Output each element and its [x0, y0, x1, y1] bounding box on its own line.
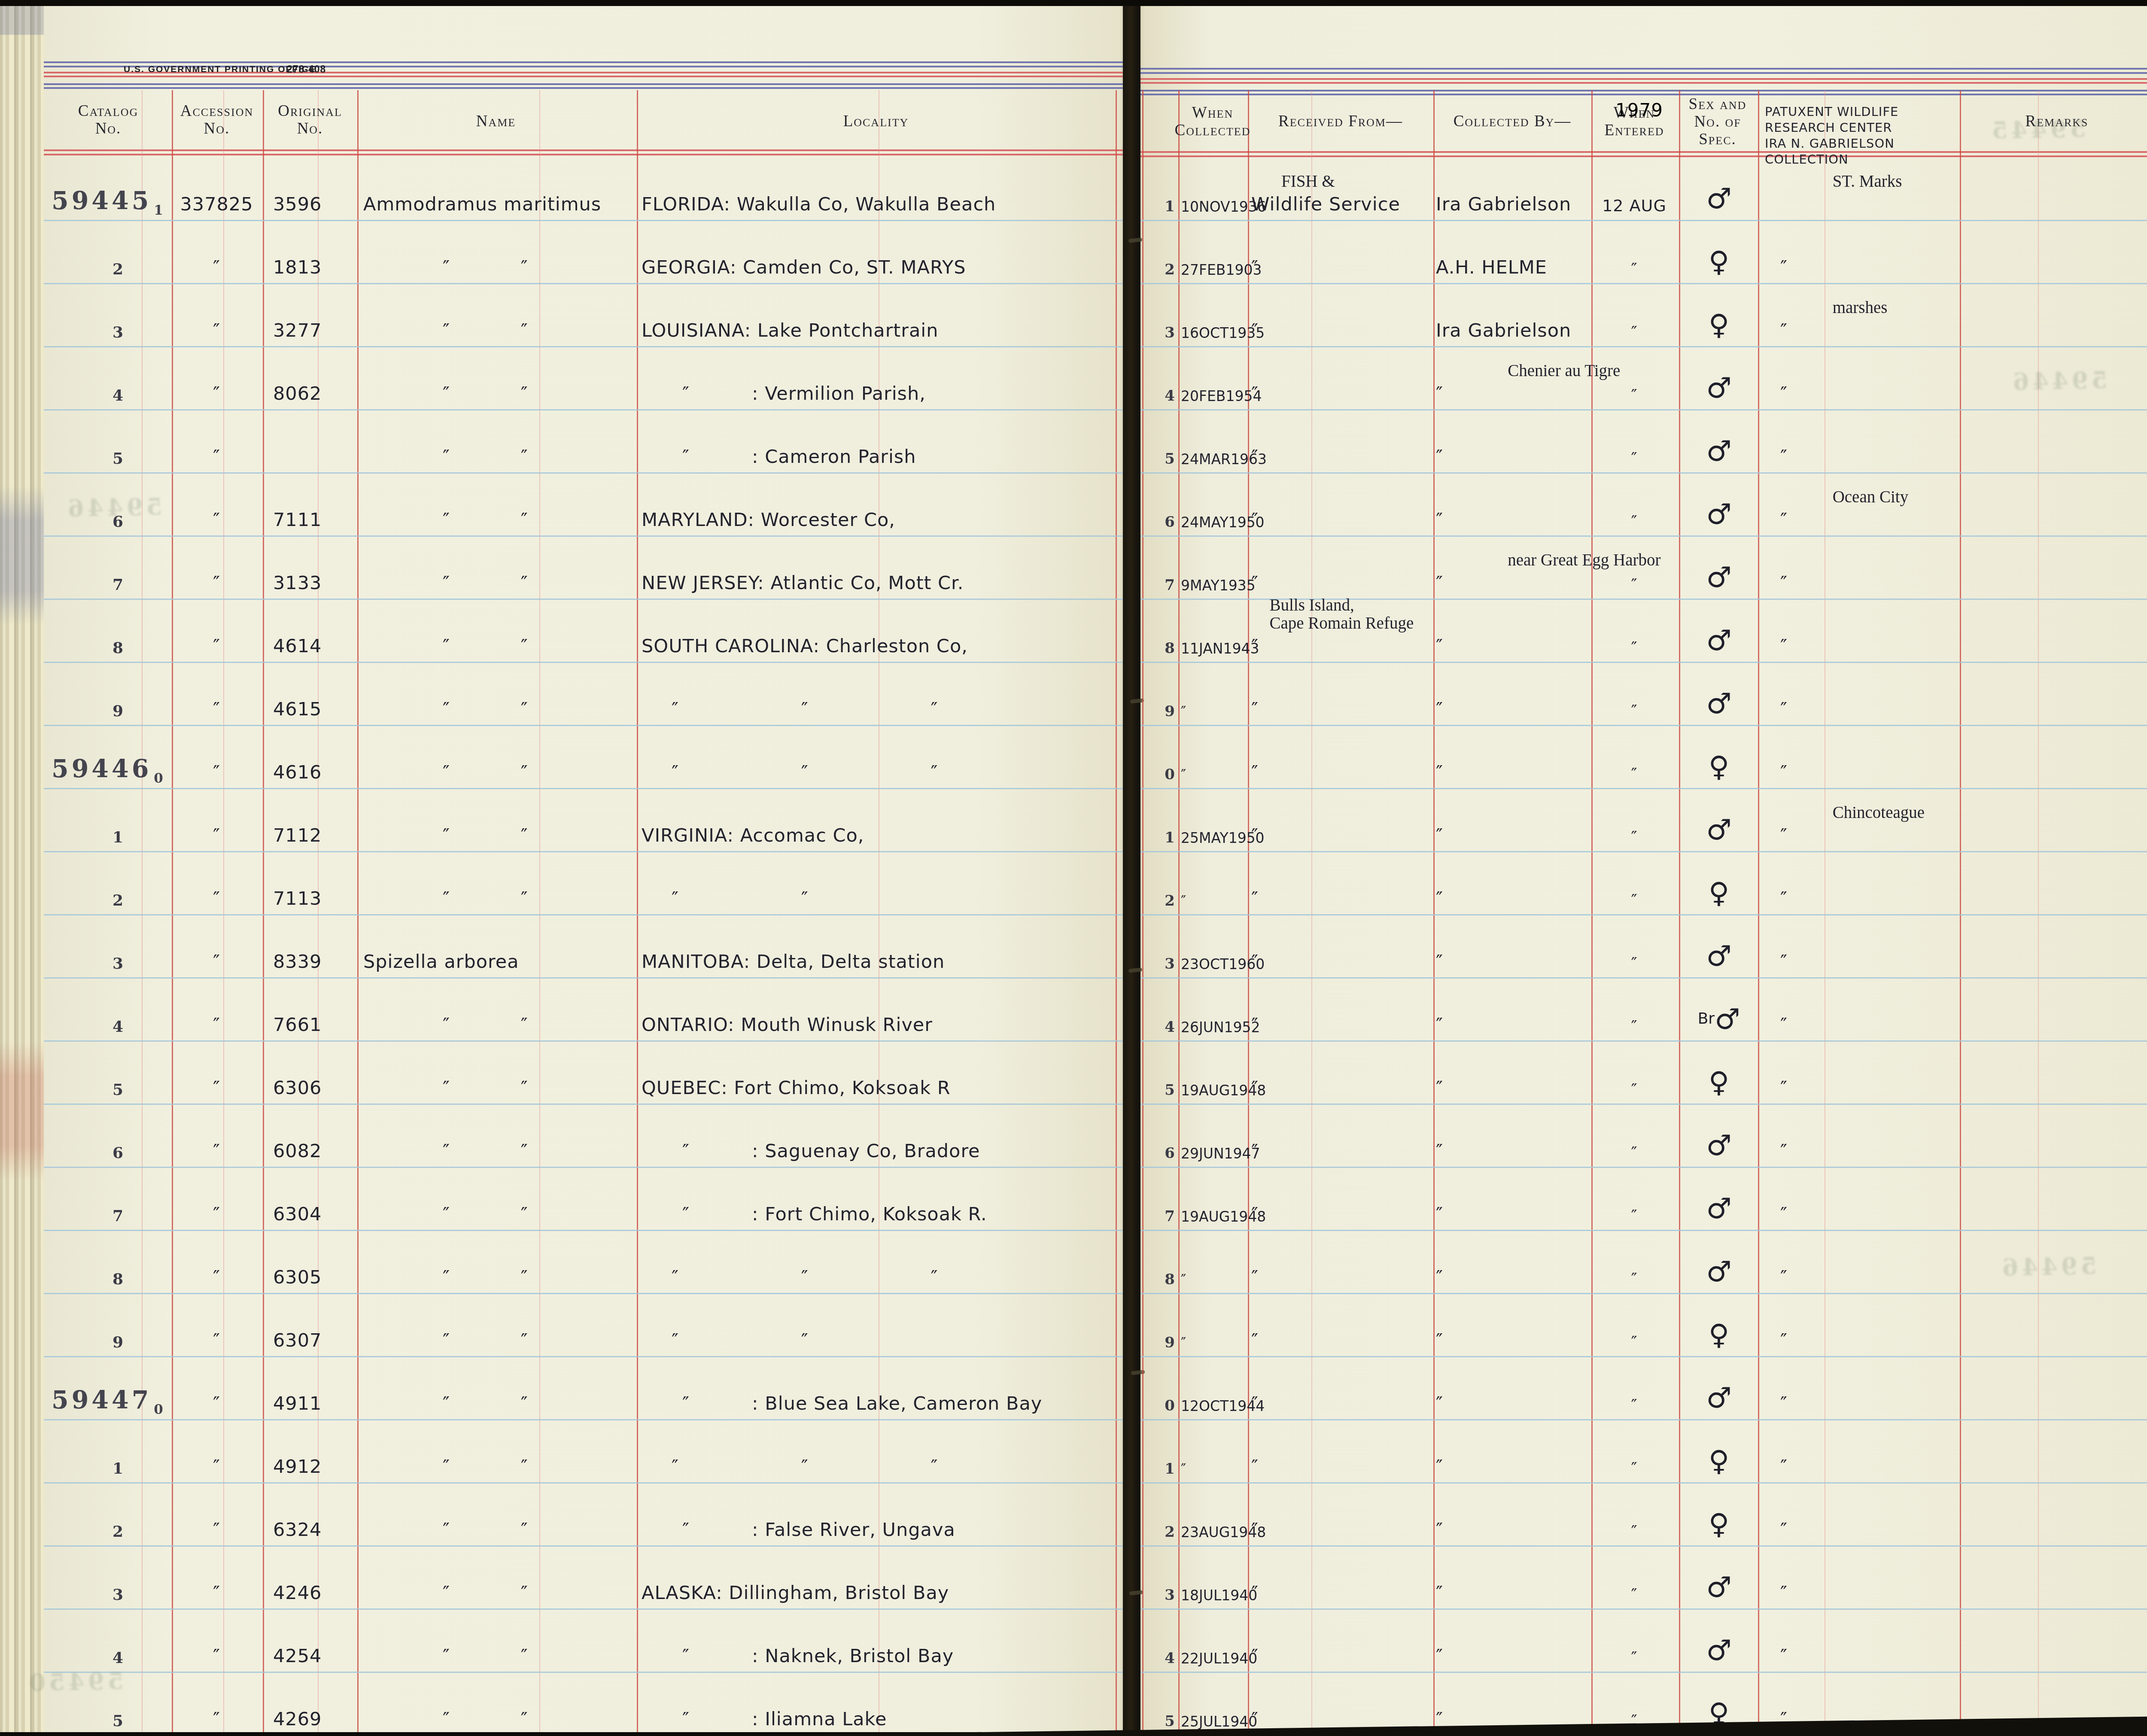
- cell-when-entered: ″: [1592, 1080, 1676, 1099]
- cell-locality-super: Chenier au Tigre: [642, 361, 2147, 380]
- cell-original: 3133: [273, 572, 357, 594]
- cell-when-entered: ″: [1592, 322, 1676, 341]
- record-rows: 5944513378253596Ammodramus maritimusST. …: [0, 158, 2147, 1736]
- cell-when-entered: ″: [1592, 1269, 1676, 1288]
- cell-when-collected: ″: [1181, 893, 1249, 909]
- top-band: [44, 76, 1123, 77]
- cell-collected-by: ″: [1436, 1456, 1590, 1478]
- cell-name: ″ ″: [363, 572, 636, 594]
- cell-collection-note-ditto: ″: [1763, 1140, 1957, 1162]
- cell-received-from: ″: [1251, 762, 1428, 783]
- cell-when-entered: ″: [1592, 954, 1676, 973]
- cell-locality: LOUISIANA: Lake Pontchartrain: [642, 320, 1119, 341]
- cell-sex-symbol: ♀: [1681, 1444, 1757, 1478]
- cell-name: ″ ″: [363, 888, 636, 909]
- cell-name: ″ ″: [363, 446, 636, 468]
- cell-when-collected: ″: [1181, 1271, 1249, 1288]
- cell-sex-symbol: ♀: [1681, 1318, 1757, 1351]
- cell-collection-note-ditto: ″: [1763, 1014, 1957, 1036]
- cell-name: ″ ″: [363, 1519, 636, 1541]
- cell-locality: ″: Blue Sea Lake, Cameron Bay: [642, 1393, 1119, 1414]
- ledger-row: 3″3277″ ″marshesLOUISIANA: Lake Pontchar…: [0, 284, 2147, 347]
- cell-catalog-digit: 2: [113, 891, 138, 909]
- cell-original: 7113: [273, 888, 357, 909]
- cell-collection-note-ditto: ″: [1763, 320, 1957, 341]
- cell-row-digit: 1: [1153, 829, 1175, 846]
- top-band: [1140, 94, 2147, 95]
- cell-sex-symbol: ♂: [1681, 1192, 1757, 1225]
- cell-received-from: ″: [1251, 1140, 1428, 1162]
- catalog-number-stamp: 59445: [52, 186, 152, 215]
- cell-collected-by: Ira Gabrielson: [1436, 320, 1590, 341]
- cell-name: ″ ″: [363, 320, 636, 341]
- cell-row-digit: 8: [1153, 1271, 1175, 1288]
- cell-row-digit: 4: [1153, 387, 1175, 404]
- cell-original: 6306: [273, 1077, 357, 1099]
- cell-catalog-digit: 7: [113, 576, 138, 594]
- cell-original: 8062: [273, 383, 357, 404]
- cell-when-collected: ″: [1181, 766, 1249, 783]
- cell-collected-by: ″: [1436, 572, 1590, 594]
- cell-row-digit: 5: [1153, 450, 1175, 468]
- column-header-collected-by: Collected By—: [1454, 112, 1572, 130]
- cell-when-collected: 9MAY1935: [1181, 577, 1249, 594]
- cell-locality: ″: Saguenay Co, Bradore: [642, 1140, 1119, 1162]
- cell-received-from: ″: [1251, 1267, 1428, 1288]
- cell-received-from: ″: [1251, 635, 1428, 657]
- top-band: [1140, 72, 2147, 74]
- cell-sex-symbol: Br♂: [1681, 1003, 1757, 1036]
- cell-locality: ″: Naknek, Bristol Bay: [642, 1645, 1119, 1667]
- cell-accession: ″: [173, 1204, 261, 1225]
- year-entered-note: 1979: [1615, 100, 1663, 121]
- cell-row-digit: 2: [1153, 892, 1175, 909]
- ditto-mark: ″: [682, 1204, 690, 1225]
- cell-received-from: ″: [1251, 1519, 1428, 1541]
- cell-name: Ammodramus maritimus: [363, 194, 636, 215]
- cell-locality: ″ ″ ″: [642, 699, 1119, 720]
- cell-name: Spizella arborea: [363, 951, 636, 973]
- top-band: [1140, 68, 2147, 70]
- cell-locality: ONTARIO: Mouth Winusk River: [642, 1014, 1119, 1036]
- cell-received-from: ″: [1251, 1582, 1428, 1604]
- cell-original: 6304: [273, 1204, 357, 1225]
- cell-original: 6305: [273, 1267, 357, 1288]
- cell-locality: NEW JERSEY: Atlantic Co, Mott Cr.: [642, 572, 1119, 594]
- cell-name: ″ ″: [363, 1456, 636, 1478]
- cell-catalog-digit: 4: [113, 1018, 138, 1036]
- cell-name: ″ ″: [363, 1204, 636, 1225]
- cell-collected-by: ″: [1436, 1393, 1590, 1414]
- cell-sex-symbol: ♀: [1681, 1066, 1757, 1099]
- cell-name: ″ ″: [363, 1709, 636, 1730]
- ledger-row: 4″4254″ ″″: Naknek, Bristol Bay422JUL194…: [0, 1610, 2147, 1673]
- bleedthrough-stamp: 59446: [2009, 366, 2107, 395]
- cell-locality-super: Ocean City: [642, 487, 2147, 507]
- cell-when-entered: ″: [1592, 891, 1676, 909]
- cell-locality: MARYLAND: Worcester Co,: [642, 509, 1119, 531]
- cell-locality-super: Chincoteague: [642, 803, 2147, 822]
- top-band: [44, 61, 1123, 63]
- cell-collection-note-ditto: ″: [1763, 635, 1957, 657]
- cell-collection-note-ditto: ″: [1763, 1077, 1957, 1099]
- cell-row-digit: 6: [1153, 1145, 1175, 1162]
- cell-catalog-digit: 2: [113, 1523, 138, 1541]
- catalog-number-stamp: 59447: [52, 1386, 152, 1414]
- cell-when-entered: ″: [1592, 1206, 1676, 1225]
- cell-catalog-digit: 6: [113, 1144, 138, 1162]
- cell-when-entered: ″: [1592, 449, 1676, 468]
- cell-sex-symbol: ♀: [1681, 308, 1757, 341]
- cell-original: 4912: [273, 1456, 357, 1478]
- cell-when-collected: ″: [1181, 703, 1249, 720]
- bleedthrough-stamp: 59450: [25, 1667, 124, 1696]
- cell-accession: ″: [173, 762, 261, 783]
- cell-received-from: ″: [1251, 1330, 1428, 1351]
- ledger-row: 1″4912″ ″″ ″ ″1″″″″♀″: [0, 1420, 2147, 1484]
- catalog-subdigit: 0: [154, 771, 163, 786]
- cell-when-entered: ″: [1592, 1017, 1676, 1036]
- cell-sex-symbol: ♂: [1681, 1634, 1757, 1667]
- cell-received-from: ″: [1251, 572, 1428, 594]
- catalog-subdigit: 1: [154, 203, 163, 218]
- cell-when-entered: ″: [1592, 1143, 1676, 1162]
- cell-collected-by: ″: [1436, 762, 1590, 783]
- cell-collected-by: ″: [1436, 951, 1590, 973]
- cell-sex-symbol: ♂: [1681, 939, 1757, 973]
- cell-when-collected: 20FEB1954: [1181, 388, 1249, 404]
- cell-row-digit: 8: [1153, 640, 1175, 657]
- ledger-row: 6″6082″ ″″: Saguenay Co, Bradore629JUN19…: [0, 1105, 2147, 1168]
- cell-catalog-digit: 5: [113, 1081, 138, 1099]
- bleedthrough-stamp: 59446: [1998, 1252, 2097, 1281]
- cell-row-digit: 4: [1153, 1018, 1175, 1036]
- header-rule: [44, 154, 1123, 155]
- cell-locality: ″: Fort Chimo, Koksoak R.: [642, 1204, 1119, 1225]
- cell-when-collected: 10NOV1936: [1181, 198, 1249, 215]
- cell-collection-note-ditto: ″: [1763, 1393, 1957, 1414]
- top-band: [1140, 90, 2147, 91]
- ditto-mark: ″: [682, 1519, 690, 1541]
- cell-catalog-digit: 3: [113, 1586, 138, 1604]
- cell-row-digit: 5: [1153, 1713, 1175, 1730]
- cell-original: 3277: [273, 320, 357, 341]
- cell-sex-symbol: ♂: [1681, 371, 1757, 404]
- cell-locality: FLORIDA: Wakulla Co, Wakulla Beach: [642, 194, 1119, 215]
- cell-catalog-number: 594470: [52, 1386, 170, 1414]
- cell-accession: ″: [173, 383, 261, 404]
- cell-accession: ″: [173, 635, 261, 657]
- cell-sex-symbol: ♂: [1681, 1381, 1757, 1414]
- cell-original: 1813: [273, 257, 357, 278]
- cell-name: ″ ″: [363, 825, 636, 846]
- cell-name: ″ ″: [363, 1330, 636, 1351]
- cell-sex-symbol: ♀: [1681, 750, 1757, 783]
- cell-sex-symbol: ♂: [1681, 561, 1757, 594]
- cell-locality-super: near Great Egg Harbor: [642, 550, 2147, 570]
- cell-catalog-number: 594460: [52, 754, 170, 783]
- column-header-name: Name: [476, 112, 516, 130]
- cell-row-digit: 1: [1153, 1460, 1175, 1478]
- cell-sex-symbol: ♂: [1681, 1255, 1757, 1288]
- cell-collection-note-ditto: ″: [1763, 572, 1957, 594]
- cell-collected-by: Ira Gabrielson: [1436, 194, 1590, 215]
- cell-accession: ″: [173, 1645, 261, 1667]
- cell-collected-by: ″: [1436, 1077, 1590, 1099]
- cell-original: 8339: [273, 951, 357, 973]
- cell-when-entered: ″: [1592, 1459, 1676, 1478]
- cell-received-from: ″: [1251, 383, 1428, 404]
- cell-when-collected: 11JAN1943: [1181, 640, 1249, 657]
- cell-collected-by: ″: [1436, 383, 1590, 404]
- cell-catalog-digit: 9: [113, 702, 138, 720]
- cell-accession: ″: [173, 1267, 261, 1288]
- ledger-row: 8″6305″ ″″ ″ ″8″″″″♂″: [0, 1231, 2147, 1294]
- cell-received-from: ″: [1251, 888, 1428, 909]
- cell-collection-note-ditto: ″: [1763, 699, 1957, 720]
- header-rule: [1140, 151, 2147, 153]
- cell-original: 4269: [273, 1709, 357, 1730]
- cell-catalog-digit: 3: [113, 323, 138, 341]
- bleedthrough-stamp: 59445: [1988, 115, 2086, 144]
- cell-accession: ″: [173, 1709, 261, 1730]
- cell-locality: ″: False River, Ungava: [642, 1519, 1119, 1541]
- cell-accession: ″: [173, 1519, 261, 1541]
- cell-name: ″ ″: [363, 762, 636, 783]
- ditto-mark: ″: [682, 1393, 690, 1414]
- ledger-row: 5″″ ″″: Cameron Parish524MAR1963″″″♂″: [0, 410, 2147, 474]
- cell-catalog-digit: 4: [113, 1649, 138, 1667]
- cell-collected-by: A.H. HELME: [1436, 257, 1590, 278]
- cell-collection-note-ditto: ″: [1763, 1267, 1957, 1288]
- cell-collected-by: ″: [1436, 509, 1590, 531]
- ledger-row: 6″7111″ ″Ocean CityMARYLAND: Worcester C…: [0, 474, 2147, 537]
- cell-accession: ″: [173, 1077, 261, 1099]
- cell-row-digit: 7: [1153, 1208, 1175, 1225]
- cell-row-digit: 6: [1153, 514, 1175, 531]
- top-band: [44, 83, 1123, 85]
- cell-received-from: ″: [1251, 509, 1428, 531]
- cell-when-collected: 26JUN1952: [1181, 1019, 1249, 1036]
- cell-accession: 337825: [173, 194, 261, 215]
- cell-catalog-digit: 5: [113, 450, 138, 468]
- cell-sex-symbol: ♂: [1681, 182, 1757, 215]
- cell-locality: MANITOBA: Delta, Delta station: [642, 951, 1119, 973]
- cell-when-collected: ″: [1181, 1461, 1249, 1478]
- header-rule: [1140, 155, 2147, 157]
- cell-received-from: ″: [1251, 1645, 1428, 1667]
- cell-when-entered: ″: [1592, 575, 1676, 594]
- cell-collection-note: PATUXENT WILDLIFERESEARCH CENTERIRA N. G…: [1765, 104, 1898, 167]
- cell-locality: ″ ″: [642, 1330, 1119, 1351]
- cell-collection-note-ditto: ″: [1763, 825, 1957, 846]
- cell-catalog-digit: 8: [113, 1270, 138, 1288]
- cell-catalog-digit: 9: [113, 1333, 138, 1351]
- scan-edge-top: [0, 0, 2147, 6]
- cell-original: 3596: [273, 194, 357, 215]
- ditto-mark: ″: [682, 1645, 690, 1667]
- ledger-row: 594470″4911″ ″″: Blue Sea Lake, Cameron …: [0, 1357, 2147, 1420]
- cell-sex-symbol: ♂: [1681, 813, 1757, 846]
- cell-when-collected: ″: [1181, 1335, 1249, 1351]
- cell-original: 4246: [273, 1582, 357, 1604]
- cell-row-digit: 9: [1153, 703, 1175, 720]
- cell-name: ″ ″: [363, 383, 636, 404]
- column-header-catalog: CatalogNo.: [78, 102, 139, 137]
- cell-when-collected: 22JUL1940: [1181, 1650, 1249, 1667]
- cell-when-entered: ″: [1592, 259, 1676, 278]
- cell-when-entered: ″: [1592, 1648, 1676, 1667]
- cell-accession: ″: [173, 446, 261, 468]
- cell-row-digit: 5: [1153, 1082, 1175, 1099]
- cell-accession: ″: [173, 951, 261, 973]
- cell-when-entered: 12 AUG: [1592, 196, 1676, 215]
- printer-code: 278-408: [287, 64, 326, 75]
- cell-row-digit: 2: [1153, 1523, 1175, 1541]
- cell-sex-symbol: ♂: [1681, 1129, 1757, 1162]
- cell-accession: ″: [173, 572, 261, 594]
- cell-locality: ″: Cameron Parish: [642, 446, 1119, 468]
- cell-received-from: Wildlife Service: [1251, 194, 1428, 215]
- cell-sex-symbol: ♂: [1681, 435, 1757, 468]
- cell-locality: ALASKA: Dillingham, Bristol Bay: [642, 1582, 1119, 1604]
- cell-sex-symbol: ♂: [1681, 498, 1757, 531]
- cell-sex-symbol: ♂: [1681, 687, 1757, 720]
- ledger-row: 7″3133″ ″near Great Egg HarborNEW JERSEY…: [0, 537, 2147, 600]
- cell-accession: ″: [173, 888, 261, 909]
- cell-collected-by: ″: [1436, 1140, 1590, 1162]
- cell-collection-note-ditto: ″: [1763, 888, 1957, 909]
- header-rule: [44, 149, 1123, 151]
- cell-catalog-digit: 2: [113, 260, 138, 278]
- ledger-row: 3″8339Spizella arboreaMANITOBA: Delta, D…: [0, 915, 2147, 979]
- cell-catalog-digit: 5: [113, 1712, 138, 1730]
- ledger-row: 9″6307″ ″″ ″9″″″″♀″: [0, 1294, 2147, 1357]
- cell-accession: ″: [173, 825, 261, 846]
- top-band: [1140, 82, 2147, 84]
- column-header-original: OriginalNo.: [278, 102, 342, 137]
- cell-locality: SOUTH CAROLINA: Charleston Co,: [642, 635, 1119, 657]
- cell-collected-by: ″: [1436, 1645, 1590, 1667]
- cell-when-collected: 27FEB1903: [1181, 261, 1249, 278]
- ledger-row: 4″7661″ ″ONTARIO: Mouth Winusk River426J…: [0, 979, 2147, 1042]
- cell-received-from: ″: [1251, 1204, 1428, 1225]
- cell-received-from: ″: [1251, 951, 1428, 973]
- cell-accession: ″: [173, 1014, 261, 1036]
- cell-collected-by: ″: [1436, 1582, 1590, 1604]
- cell-received-from: ″: [1251, 1393, 1428, 1414]
- cell-sex-symbol: ♂: [1681, 1571, 1757, 1604]
- cell-when-entered: ″: [1592, 764, 1676, 783]
- cell-when-entered: ″: [1592, 827, 1676, 846]
- cell-when-entered: ″: [1592, 386, 1676, 404]
- cell-collected-by: ″: [1436, 446, 1590, 468]
- cell-collected-by: ″: [1436, 1014, 1590, 1036]
- ledger-row: 2″7113″ ″″ ″2″″″″♀″: [0, 852, 2147, 915]
- cell-when-collected: 23OCT1960: [1181, 956, 1249, 973]
- ledger-row: 3″4246″ ″ALASKA: Dillingham, Bristol Bay…: [0, 1547, 2147, 1610]
- ledger-row: 2″1813″ ″GEORGIA: Camden Co, ST. MARYS22…: [0, 221, 2147, 284]
- ledger-spread: U.S. GOVERNMENT PRINTING OFFICE 278-408 …: [0, 0, 2147, 1736]
- cell-when-entered: ″: [1592, 1395, 1676, 1414]
- cell-original: 4911: [273, 1393, 357, 1414]
- ledger-row: 4″8062″ ″Chenier au Tigre″: Vermilion Pa…: [0, 347, 2147, 410]
- cell-catalog-digit: 8: [113, 639, 138, 657]
- cell-collected-by: ″: [1436, 888, 1590, 909]
- cell-when-collected: 29JUN1947: [1181, 1145, 1249, 1162]
- cell-received-from: ″: [1251, 825, 1428, 846]
- cell-locality: ″: Iliamna Lake: [642, 1709, 1119, 1730]
- cell-collected-by: ″: [1436, 1204, 1590, 1225]
- bleedthrough-stamp: 59446: [64, 493, 162, 522]
- cell-name: ″ ″: [363, 1267, 636, 1288]
- cell-received-from: ″: [1251, 1014, 1428, 1036]
- cell-locality: QUEBEC: Fort Chimo, Koksoak R: [642, 1077, 1119, 1099]
- sex-prefix: Br: [1698, 1010, 1715, 1028]
- cell-accession: ″: [173, 509, 261, 531]
- cell-accession: ″: [173, 1330, 261, 1351]
- column-header-accession: AccessionNo.: [180, 102, 253, 137]
- cell-accession: ″: [173, 1582, 261, 1604]
- cell-row-digit: 7: [1153, 577, 1175, 594]
- cell-when-entered: ″: [1592, 1332, 1676, 1351]
- cell-collection-note-ditto: ″: [1763, 762, 1957, 783]
- cell-sex-symbol: ♂: [1681, 624, 1757, 657]
- column-header-sex-spec: Sex andNo. ofSpec.: [1689, 95, 1747, 148]
- cell-when-collected: 25MAY1950: [1181, 830, 1249, 846]
- cell-received-from: ″: [1251, 699, 1428, 720]
- cell-catalog-digit: 3: [113, 955, 138, 973]
- cell-accession: ″: [173, 1456, 261, 1478]
- cell-accession: ″: [173, 699, 261, 720]
- cell-collection-note-ditto: ″: [1763, 1519, 1957, 1541]
- cell-original: 6082: [273, 1140, 357, 1162]
- ledger-row: 8″4614″ ″Bulls Island,Cape Romain Refuge…: [0, 600, 2147, 663]
- cell-locality-super: Bulls Island,: [642, 596, 2147, 615]
- cell-original: 6307: [273, 1330, 357, 1351]
- cell-accession: ″: [173, 1140, 261, 1162]
- cell-row-digit: 9: [1153, 1334, 1175, 1351]
- cell-when-collected: 19AUG1948: [1181, 1082, 1249, 1099]
- cell-collection-note-ditto: ″: [1763, 446, 1957, 468]
- cell-name: ″ ″: [363, 635, 636, 657]
- cell-name: ″ ″: [363, 1014, 636, 1036]
- cell-row-digit: 3: [1153, 324, 1175, 341]
- cell-accession: ″: [173, 320, 261, 341]
- cell-collection-note-ditto: ″: [1763, 1456, 1957, 1478]
- cell-sex-symbol: ♀: [1681, 1508, 1757, 1541]
- cell-row-digit: 0: [1153, 1397, 1175, 1414]
- cell-accession: ″: [173, 257, 261, 278]
- cell-locality: GEORGIA: Camden Co, ST. MARYS: [642, 257, 1119, 278]
- ledger-row: 9″4615″ ″″ ″ ″9″″″″♂″: [0, 663, 2147, 726]
- cell-original: 7112: [273, 825, 357, 846]
- cell-collection-note-ditto: ″: [1763, 1204, 1957, 1225]
- cell-collection-note-ditto: ″: [1763, 1582, 1957, 1604]
- ledger-row: 5944513378253596Ammodramus maritimusST. …: [0, 158, 2147, 221]
- cell-received-from: ″: [1251, 1077, 1428, 1099]
- cell-row-digit: 4: [1153, 1650, 1175, 1667]
- cell-collection-note-ditto: ″: [1763, 383, 1957, 404]
- cell-collected-by: ″: [1436, 1330, 1590, 1351]
- ditto-mark: ″: [682, 1140, 690, 1162]
- cell-collection-note-ditto: ″: [1763, 1645, 1957, 1667]
- cell-original: 6324: [273, 1519, 357, 1541]
- cell-row-digit: 3: [1153, 955, 1175, 973]
- cell-original: 4614: [273, 635, 357, 657]
- cell-name: ″ ″: [363, 509, 636, 531]
- cell-received-from: ″: [1251, 1456, 1428, 1478]
